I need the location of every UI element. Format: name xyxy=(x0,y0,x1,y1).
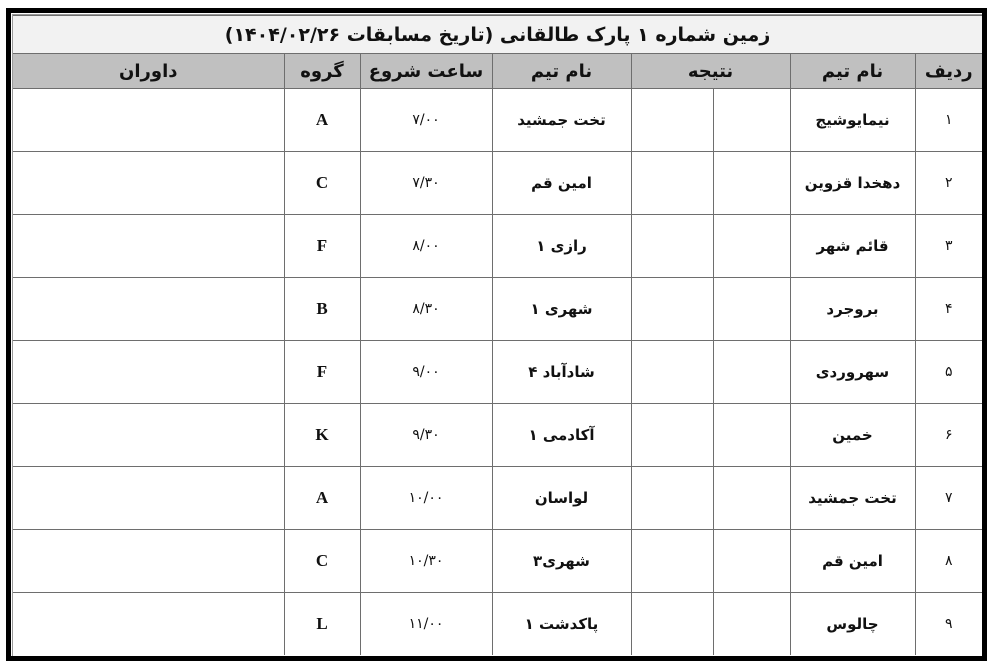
team-2-cell: شادآباد ۴ xyxy=(492,341,631,404)
table-row: A ۱۰/۰۰ لواسان تخت جمشید ۷ xyxy=(13,467,982,530)
referees-cell[interactable] xyxy=(13,215,284,278)
row-number-cell: ۲ xyxy=(915,152,982,215)
result-2-cell[interactable] xyxy=(631,152,713,215)
sheet-inner: زمین شماره ۱ پارک طالقانی (تاریخ مسابقات… xyxy=(12,14,982,656)
team-2-cell: شهری۳ xyxy=(492,530,631,593)
team-1-cell: دهخدا قزوین xyxy=(790,152,915,215)
table-title: زمین شماره ۱ پارک طالقانی (تاریخ مسابقات… xyxy=(13,16,982,54)
result-2-cell[interactable] xyxy=(631,89,713,152)
referees-cell[interactable] xyxy=(13,404,284,467)
team-2-cell: امین قم xyxy=(492,152,631,215)
team-1-cell: قائم شهر xyxy=(790,215,915,278)
header-referees: داوران xyxy=(13,54,284,89)
team-1-cell: امین قم xyxy=(790,530,915,593)
result-1-cell[interactable] xyxy=(713,593,790,656)
header-team-name-2: نام تیم xyxy=(492,54,631,89)
team-2-cell: لواسان xyxy=(492,467,631,530)
header-group: گروه xyxy=(284,54,360,89)
schedule-sheet: زمین شماره ۱ پارک طالقانی (تاریخ مسابقات… xyxy=(6,8,987,661)
referees-cell[interactable] xyxy=(13,89,284,152)
team-1-cell: چالوس xyxy=(790,593,915,656)
start-time-cell: ۹/۰۰ xyxy=(360,341,492,404)
table-row: K ۹/۳۰ آکادمی ۱ خمین ۶ xyxy=(13,404,982,467)
result-2-cell[interactable] xyxy=(631,530,713,593)
start-time-cell: ۸/۰۰ xyxy=(360,215,492,278)
row-number-cell: ۱ xyxy=(915,89,982,152)
team-2-cell: آکادمی ۱ xyxy=(492,404,631,467)
team-1-cell: خمین xyxy=(790,404,915,467)
referees-cell[interactable] xyxy=(13,593,284,656)
result-2-cell[interactable] xyxy=(631,404,713,467)
row-number-cell: ۶ xyxy=(915,404,982,467)
referees-cell[interactable] xyxy=(13,152,284,215)
result-2-cell[interactable] xyxy=(631,341,713,404)
result-1-cell[interactable] xyxy=(713,215,790,278)
start-time-cell: ۱۰/۳۰ xyxy=(360,530,492,593)
result-1-cell[interactable] xyxy=(713,278,790,341)
row-number-cell: ۹ xyxy=(915,593,982,656)
row-number-cell: ۵ xyxy=(915,341,982,404)
result-1-cell[interactable] xyxy=(713,341,790,404)
group-cell: B xyxy=(284,278,360,341)
team-1-cell: تخت جمشید xyxy=(790,467,915,530)
start-time-cell: ۱۱/۰۰ xyxy=(360,593,492,656)
result-2-cell[interactable] xyxy=(631,467,713,530)
row-number-cell: ۷ xyxy=(915,467,982,530)
header-row-number: ردیف xyxy=(915,54,982,89)
referees-cell[interactable] xyxy=(13,341,284,404)
team-1-cell: نیمایوشیج xyxy=(790,89,915,152)
match-schedule-table: زمین شماره ۱ پارک طالقانی (تاریخ مسابقات… xyxy=(13,15,982,655)
team-1-cell: بروجرد xyxy=(790,278,915,341)
referees-cell[interactable] xyxy=(13,278,284,341)
start-time-cell: ۷/۰۰ xyxy=(360,89,492,152)
group-cell: K xyxy=(284,404,360,467)
result-2-cell[interactable] xyxy=(631,215,713,278)
table-row: F ۸/۰۰ رازی ۱ قائم شهر ۳ xyxy=(13,215,982,278)
table-row: C ۷/۳۰ امین قم دهخدا قزوین ۲ xyxy=(13,152,982,215)
table-row: F ۹/۰۰ شادآباد ۴ سهروردی ۵ xyxy=(13,341,982,404)
table-row: A ۷/۰۰ تخت جمشید نیمایوشیج ۱ xyxy=(13,89,982,152)
header-team-name-1: نام تیم xyxy=(790,54,915,89)
result-1-cell[interactable] xyxy=(713,404,790,467)
header-start-time: ساعت شروع xyxy=(360,54,492,89)
start-time-cell: ۸/۳۰ xyxy=(360,278,492,341)
result-2-cell[interactable] xyxy=(631,278,713,341)
header-row: داوران گروه ساعت شروع نام تیم نتیجه نام … xyxy=(13,54,982,89)
group-cell: F xyxy=(284,341,360,404)
group-cell: L xyxy=(284,593,360,656)
header-result: نتیجه xyxy=(631,54,790,89)
group-cell: C xyxy=(284,152,360,215)
team-1-cell: سهروردی xyxy=(790,341,915,404)
result-2-cell[interactable] xyxy=(631,593,713,656)
team-2-cell: رازی ۱ xyxy=(492,215,631,278)
table-body: A ۷/۰۰ تخت جمشید نیمایوشیج ۱ C ۷/۳۰ امین… xyxy=(13,89,982,656)
group-cell: A xyxy=(284,467,360,530)
start-time-cell: ۷/۳۰ xyxy=(360,152,492,215)
row-number-cell: ۴ xyxy=(915,278,982,341)
row-number-cell: ۸ xyxy=(915,530,982,593)
result-1-cell[interactable] xyxy=(713,152,790,215)
table-row: C ۱۰/۳۰ شهری۳ امین قم ۸ xyxy=(13,530,982,593)
group-cell: A xyxy=(284,89,360,152)
result-1-cell[interactable] xyxy=(713,467,790,530)
row-number-cell: ۳ xyxy=(915,215,982,278)
team-2-cell: پاکدشت ۱ xyxy=(492,593,631,656)
group-cell: C xyxy=(284,530,360,593)
table-row: B ۸/۳۰ شهری ۱ بروجرد ۴ xyxy=(13,278,982,341)
referees-cell[interactable] xyxy=(13,530,284,593)
start-time-cell: ۹/۳۰ xyxy=(360,404,492,467)
group-cell: F xyxy=(284,215,360,278)
referees-cell[interactable] xyxy=(13,467,284,530)
title-row: زمین شماره ۱ پارک طالقانی (تاریخ مسابقات… xyxy=(13,16,982,54)
table-row: L ۱۱/۰۰ پاکدشت ۱ چالوس ۹ xyxy=(13,593,982,656)
team-2-cell: شهری ۱ xyxy=(492,278,631,341)
team-2-cell: تخت جمشید xyxy=(492,89,631,152)
result-1-cell[interactable] xyxy=(713,89,790,152)
result-1-cell[interactable] xyxy=(713,530,790,593)
start-time-cell: ۱۰/۰۰ xyxy=(360,467,492,530)
